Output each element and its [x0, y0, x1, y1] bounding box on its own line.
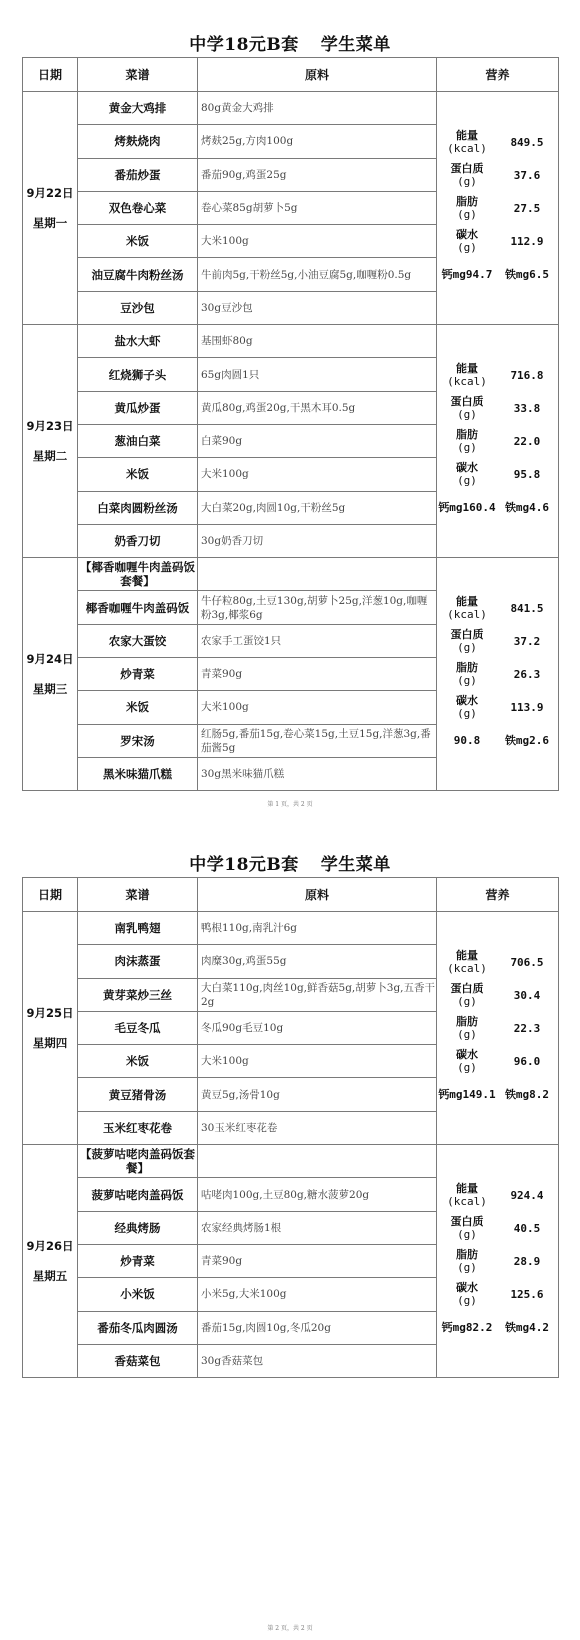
weekday: 星期四 — [23, 1035, 77, 1051]
carbs-label: 碳水(g) — [437, 691, 497, 724]
title-left: 中学18元B套 — [189, 35, 299, 55]
dish-ingredients: 白菜90g — [198, 424, 437, 457]
dish-name: 黄金大鸡排 — [78, 92, 198, 125]
calcium-value: 钙mg82.2 — [437, 1311, 497, 1344]
dish-ingredients: 番茄90g,鸡蛋25g — [198, 158, 437, 191]
table-row: 9月22日 星期一 黄金大鸡排80g黄金大鸡排 能量(kcal) 849.5 蛋… — [23, 92, 559, 125]
dish-name: 葱油白菜 — [78, 424, 198, 457]
dish-ingredients — [198, 558, 437, 591]
dish-name: 米饭 — [78, 691, 198, 724]
energy-value: 849.5 — [497, 126, 557, 159]
dish-ingredients: 30g黑米味猫爪糕 — [198, 757, 437, 790]
fat-value: 26.3 — [497, 658, 557, 691]
date: 9月25日 — [23, 1005, 77, 1021]
energy-label: 能量(kcal) — [437, 1179, 497, 1212]
carbs-value: 113.9 — [497, 691, 557, 724]
dish-name: 南乳鸭翅 — [78, 912, 198, 945]
carbs-label: 碳水(g) — [437, 225, 497, 258]
carbs-value: 96.0 — [497, 1045, 557, 1078]
carbs-value: 112.9 — [497, 225, 557, 258]
dish-ingredients: 农家经典烤肠1根 — [198, 1211, 437, 1244]
dish-ingredients: 30g香菇菜包 — [198, 1344, 437, 1377]
table-row: 9月25日 星期四 南乳鸭翅鸭根110g,南乳汁6g 能量(kcal) 706.… — [23, 912, 559, 945]
dish-name: 农家大蛋饺 — [78, 624, 198, 657]
protein-label: 蛋白质(g) — [437, 1212, 497, 1245]
iron-value: 铁mg4.2 — [497, 1311, 557, 1344]
dish-ingredients: 30玉米红枣花卷 — [198, 1111, 437, 1144]
dish-ingredients: 大白菜20g,肉圆10g,干粉丝5g — [198, 491, 437, 524]
energy-value: 716.8 — [497, 359, 557, 392]
weekday: 星期一 — [23, 215, 77, 231]
date: 9月24日 — [23, 651, 77, 667]
date: 9月23日 — [23, 418, 77, 434]
carbs-label: 碳水(g) — [437, 1278, 497, 1311]
dish-name: 小米饭 — [78, 1278, 198, 1311]
menu-table: 日期 菜谱 原料 营养 9月25日 星期四 南乳鸭翅鸭根110g,南乳汁6g 能… — [22, 877, 559, 1378]
title-right: 学生菜单 — [321, 855, 391, 875]
fat-label: 脂肪(g) — [437, 1245, 497, 1278]
fat-label: 脂肪(g) — [437, 425, 497, 458]
calcium-value: 钙mg149.1 — [437, 1078, 497, 1111]
protein-value: 40.5 — [497, 1212, 557, 1245]
fat-label: 脂肪(g) — [437, 1012, 497, 1045]
title-left: 中学18元B套 — [189, 855, 299, 875]
dish-ingredients: 青菜90g — [198, 1244, 437, 1277]
dish-ingredients: 30g豆沙包 — [198, 291, 437, 324]
dish-name: 烤麸烧肉 — [78, 125, 198, 158]
carbs-label: 碳水(g) — [437, 1045, 497, 1078]
energy-value: 841.5 — [497, 592, 557, 625]
iron-value: 铁mg2.6 — [497, 724, 557, 757]
dish-ingredients: 烤麸25g,方肉100g — [198, 125, 437, 158]
dish-ingredients: 卷心菜85g胡萝卜5g — [198, 191, 437, 224]
menu-title: 中学18元B套学生菜单 — [0, 30, 580, 55]
dish-name: 香菇菜包 — [78, 1344, 198, 1377]
carbs-label: 碳水(g) — [437, 458, 497, 491]
header-date: 日期 — [23, 878, 78, 912]
iron-value: 铁mg4.6 — [497, 491, 557, 524]
table-row: 9月26日 星期五 【菠萝咕咾肉盖码饭套餐】 能量(kcal) 924.4 蛋白… — [23, 1145, 559, 1178]
protein-label: 蛋白质(g) — [437, 159, 497, 192]
protein-value: 37.2 — [497, 625, 557, 658]
dish-name: 玉米红枣花卷 — [78, 1111, 198, 1144]
table-row: 9月23日 星期二 盐水大虾基围虾80g 能量(kcal) 716.8 蛋白质(… — [23, 325, 559, 358]
header-nutrition: 营养 — [437, 58, 559, 92]
dish-ingredients: 肉糜30g,鸡蛋55g — [198, 945, 437, 978]
dish-ingredients: 黄豆5g,汤骨10g — [198, 1078, 437, 1111]
dish-name: 番茄炒蛋 — [78, 158, 198, 191]
fat-value: 22.0 — [497, 425, 557, 458]
calcium-value: 钙mg160.4 — [437, 491, 497, 524]
dish-name: 双色卷心菜 — [78, 191, 198, 224]
dish-ingredients: 牛前肉5g,干粉丝5g,小油豆腐5g,咖喱粉0.5g — [198, 258, 437, 291]
table-header-row: 日期 菜谱 原料 营养 — [23, 58, 559, 92]
protein-value: 37.6 — [497, 159, 557, 192]
title-right: 学生菜单 — [321, 35, 391, 55]
dish-ingredients: 黄瓜80g,鸡蛋20g,干黑木耳0.5g — [198, 391, 437, 424]
menu-table: 日期 菜谱 原料 营养 9月22日 星期一 黄金大鸡排80g黄金大鸡排 能量(k… — [22, 57, 559, 791]
dish-name: 豆沙包 — [78, 291, 198, 324]
weekday: 星期三 — [23, 681, 77, 697]
dish-ingredients: 大米100g — [198, 458, 437, 491]
calcium-value: 90.8 — [437, 724, 497, 757]
weekday: 星期二 — [23, 448, 77, 464]
dish-ingredients: 小米5g,大米100g — [198, 1278, 437, 1311]
fat-label: 脂肪(g) — [437, 658, 497, 691]
dish-name: 奶香刀切 — [78, 524, 198, 557]
header-dish: 菜谱 — [78, 58, 198, 92]
dish-ingredients: 冬瓜90g毛豆10g — [198, 1011, 437, 1044]
dish-ingredients: 农家手工蛋饺1只 — [198, 624, 437, 657]
iron-value: 铁mg6.5 — [497, 258, 557, 291]
protein-label: 蛋白质(g) — [437, 625, 497, 658]
dish-name: 黄瓜炒蛋 — [78, 391, 198, 424]
protein-value: 33.8 — [497, 392, 557, 425]
nutrition-cell: 能量(kcal) 706.5 蛋白质(g) 30.4 脂肪(g) 22.3 碳水… — [437, 912, 559, 1145]
date: 9月22日 — [23, 185, 77, 201]
dish-ingredients: 大米100g — [198, 1045, 437, 1078]
dish-name: 黄豆猪骨汤 — [78, 1078, 198, 1111]
dish-name: 盐水大虾 — [78, 325, 198, 358]
energy-label: 能量(kcal) — [437, 946, 497, 979]
dish-name: 米饭 — [78, 1045, 198, 1078]
table-row: 9月24日 星期三 【椰香咖喱牛肉盖码饭套餐】 能量(kcal) 841.5 蛋… — [23, 558, 559, 591]
dish-name: 黑米味猫爪糕 — [78, 757, 198, 790]
dish-name: 【菠萝咕咾肉盖码饭套餐】 — [78, 1145, 198, 1178]
dish-name: 白菜肉圆粉丝汤 — [78, 491, 198, 524]
dish-ingredients: 牛仔粒80g,土豆130g,胡萝卜25g,洋葱10g,咖喱粉3g,椰浆6g — [198, 591, 437, 624]
date-cell: 9月25日 星期四 — [23, 912, 78, 1145]
dish-name: 米饭 — [78, 458, 198, 491]
date-cell: 9月23日 星期二 — [23, 325, 78, 558]
dish-name: 番茄冬瓜肉圆汤 — [78, 1311, 198, 1344]
iron-value: 铁mg8.2 — [497, 1078, 557, 1111]
carbs-value: 125.6 — [497, 1278, 557, 1311]
dish-ingredients: 80g黄金大鸡排 — [198, 92, 437, 125]
header-nutrition: 营养 — [437, 878, 559, 912]
energy-value: 924.4 — [497, 1179, 557, 1212]
dish-name: 炒青菜 — [78, 658, 198, 691]
nutrition-cell: 能量(kcal) 841.5 蛋白质(g) 37.2 脂肪(g) 26.3 碳水… — [437, 558, 559, 791]
dish-name: 菠萝咕咾肉盖码饭 — [78, 1178, 198, 1211]
energy-value: 706.5 — [497, 946, 557, 979]
protein-label: 蛋白质(g) — [437, 979, 497, 1012]
dish-ingredients: 基围虾80g — [198, 325, 437, 358]
dish-ingredients: 65g肉圆1只 — [198, 358, 437, 391]
date-cell: 9月26日 星期五 — [23, 1145, 78, 1378]
dish-name: 肉沫蒸蛋 — [78, 945, 198, 978]
dish-ingredients: 青菜90g — [198, 658, 437, 691]
date-cell: 9月22日 星期一 — [23, 92, 78, 325]
carbs-value: 95.8 — [497, 458, 557, 491]
dish-ingredients: 咕咾肉100g,土豆80g,糖水菠萝20g — [198, 1178, 437, 1211]
page-footer: 第 1 页，共 2 页 — [0, 799, 580, 808]
dish-ingredients: 大白菜110g,肉丝10g,鲜香菇5g,胡萝卜3g,五香干2g — [198, 978, 437, 1011]
dish-name: 毛豆冬瓜 — [78, 1011, 198, 1044]
dish-name: 炒青菜 — [78, 1244, 198, 1277]
protein-label: 蛋白质(g) — [437, 392, 497, 425]
table-header-row: 日期 菜谱 原料 营养 — [23, 878, 559, 912]
fat-value: 27.5 — [497, 192, 557, 225]
date: 9月26日 — [23, 1238, 77, 1254]
protein-value: 30.4 — [497, 979, 557, 1012]
header-dish: 菜谱 — [78, 878, 198, 912]
nutrition-cell: 能量(kcal) 716.8 蛋白质(g) 33.8 脂肪(g) 22.0 碳水… — [437, 325, 559, 558]
nutrition-cell: 能量(kcal) 849.5 蛋白质(g) 37.6 脂肪(g) 27.5 碳水… — [437, 92, 559, 325]
dish-ingredients — [198, 1145, 437, 1178]
page-footer: 第 2 页，共 2 页 — [0, 1623, 580, 1632]
dish-name: 米饭 — [78, 225, 198, 258]
fat-label: 脂肪(g) — [437, 192, 497, 225]
dish-name: 经典烤肠 — [78, 1211, 198, 1244]
fat-value: 28.9 — [497, 1245, 557, 1278]
dish-ingredients: 大米100g — [198, 225, 437, 258]
energy-label: 能量(kcal) — [437, 592, 497, 625]
date-cell: 9月24日 星期三 — [23, 558, 78, 791]
dish-ingredients: 红肠5g,番茄15g,卷心菜15g,土豆15g,洋葱3g,番茄酱5g — [198, 724, 437, 757]
dish-name: 椰香咖喱牛肉盖码饭 — [78, 591, 198, 624]
dish-ingredients: 番茄15g,肉圆10g,冬瓜20g — [198, 1311, 437, 1344]
energy-label: 能量(kcal) — [437, 126, 497, 159]
weekday: 星期五 — [23, 1268, 77, 1284]
dish-ingredients: 30g奶香刀切 — [198, 524, 437, 557]
nutrition-cell: 能量(kcal) 924.4 蛋白质(g) 40.5 脂肪(g) 28.9 碳水… — [437, 1145, 559, 1378]
dish-name: 黄芽菜炒三丝 — [78, 978, 198, 1011]
header-ingredients: 原料 — [198, 58, 437, 92]
dish-name: 罗宋汤 — [78, 724, 198, 757]
fat-value: 22.3 — [497, 1012, 557, 1045]
calcium-value: 钙mg94.7 — [437, 258, 497, 291]
dish-name: 【椰香咖喱牛肉盖码饭套餐】 — [78, 558, 198, 591]
dish-ingredients: 鸭根110g,南乳汁6g — [198, 912, 437, 945]
dish-name: 红烧狮子头 — [78, 358, 198, 391]
header-date: 日期 — [23, 58, 78, 92]
energy-label: 能量(kcal) — [437, 359, 497, 392]
menu-title: 中学18元B套学生菜单 — [0, 850, 580, 875]
dish-name: 油豆腐牛肉粉丝汤 — [78, 258, 198, 291]
dish-ingredients: 大米100g — [198, 691, 437, 724]
header-ingredients: 原料 — [198, 878, 437, 912]
